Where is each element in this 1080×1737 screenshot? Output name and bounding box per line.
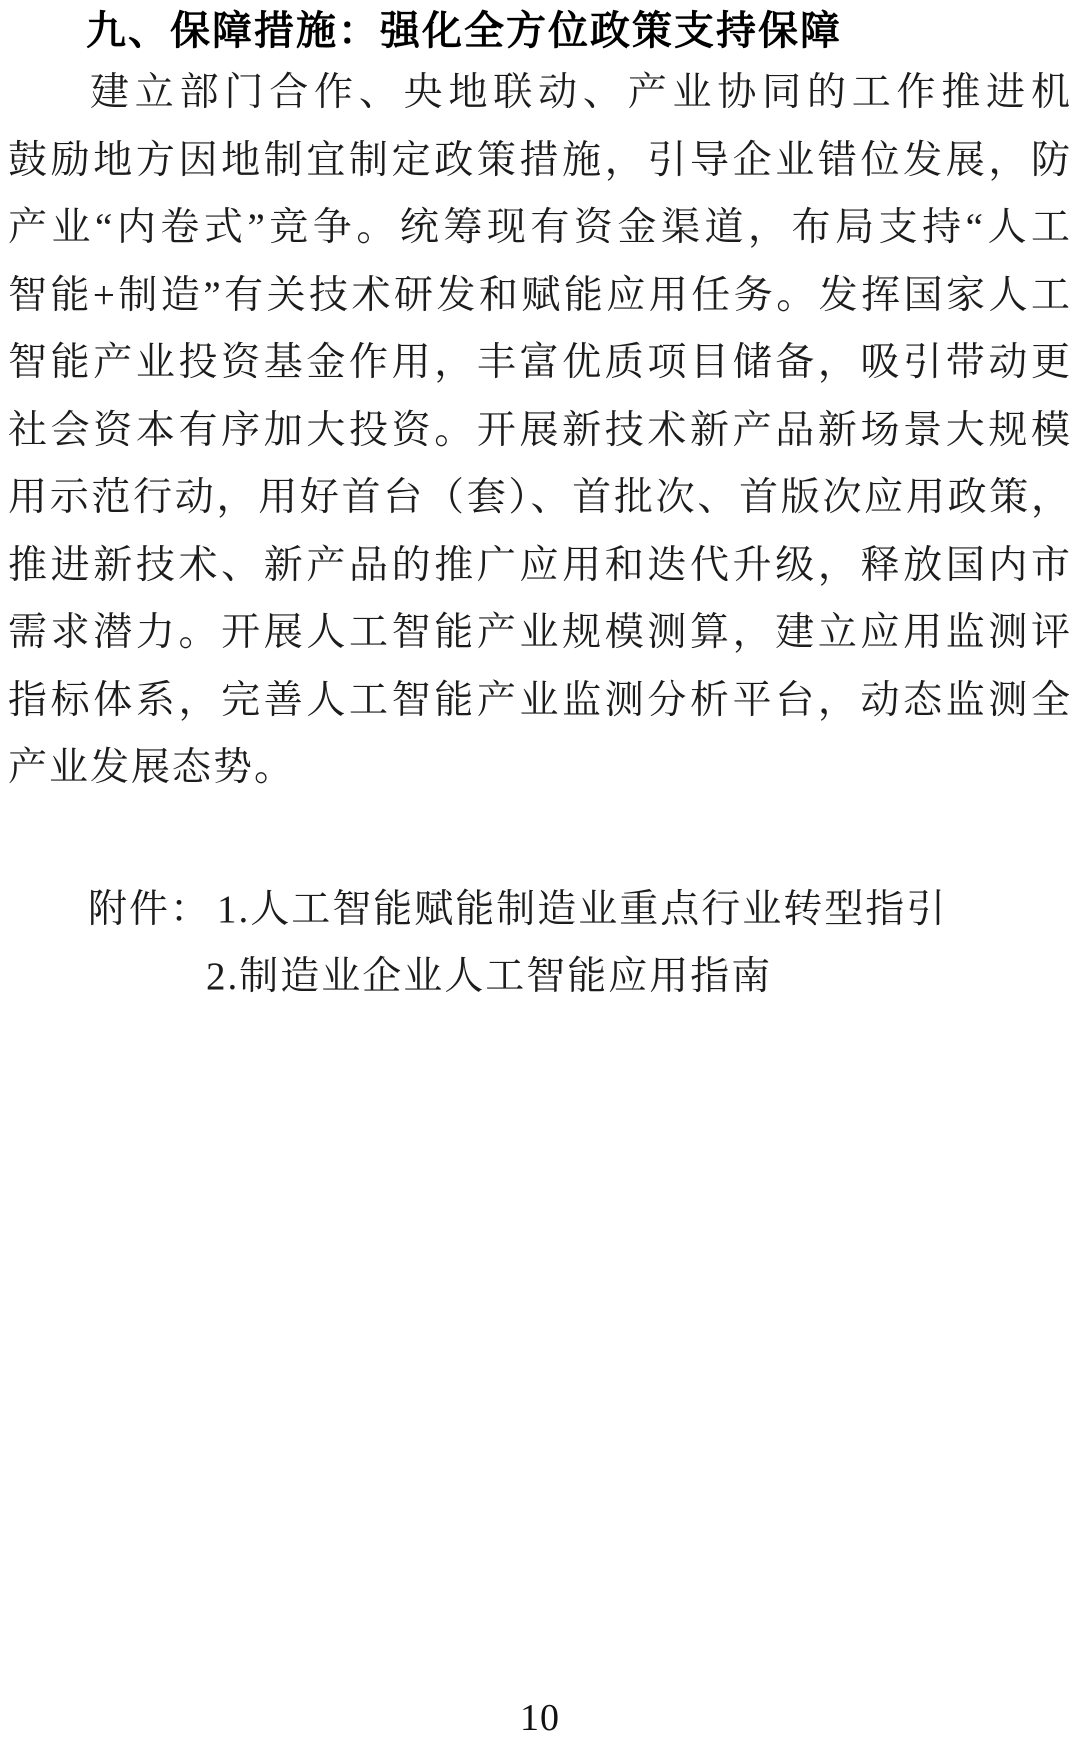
attachments-section: 附件：1.人工智能赋能制造业重点行业转型指引 2.制造业企业人工智能应用指南: [0, 876, 1080, 1011]
attachment-row: 2.制造业企业人工智能应用指南: [0, 943, 1080, 1011]
paragraph: 建立部门合作、央地联动、产业协同的工作推进机制， 鼓励地方因地制宜制定政策措施，…: [0, 59, 1080, 802]
paragraph-line: 产业“内卷式”竞争。统筹现有资金渠道，布局支持“人工: [8, 194, 1072, 262]
paragraph-line: 社会资本有序加大投资。开展新技术新产品新场景大规模应: [8, 397, 1072, 465]
paragraph-line: 用示范行动，用好首台（套）、首批次、首版次应用政策，: [8, 464, 1072, 532]
paragraph-line: 推进新技术、新产品的推广应用和迭代升级，释放国内市场: [8, 532, 1072, 600]
paragraph-line: 鼓励地方因地制宜制定政策措施，引导企业错位发展，防范: [8, 127, 1072, 195]
paragraph-line: 智能+制造”有关技术研发和赋能应用任务。发挥国家人工: [8, 262, 1072, 330]
attachment-row: 附件：1.人工智能赋能制造业重点行业转型指引: [0, 876, 1080, 944]
paragraph-line: 产业发展态势。: [8, 734, 1072, 802]
paragraph-line: 需求潜力。开展人工智能产业规模测算，建立应用监测评价: [8, 599, 1072, 667]
attachment-item: 1.人工智能赋能制造业重点行业转型指引: [217, 888, 947, 931]
document-page: 九、保障措施：强化全方位政策支持保障 建立部门合作、央地联动、产业协同的工作推进…: [0, 0, 1080, 1737]
attachment-item: 2.制造业企业人工智能应用指南: [206, 955, 772, 998]
paragraph-line: 智能产业投资基金作用，丰富优质项目储备，吸引带动更多: [8, 329, 1072, 397]
paragraph-line: 建立部门合作、央地联动、产业协同的工作推进机制，: [8, 59, 1072, 127]
paragraph-line: 指标体系，完善人工智能产业监测分析平台，动态监测全球: [8, 667, 1072, 735]
section-heading: 九、保障措施：强化全方位政策支持保障: [0, 0, 1080, 54]
page-number: 10: [0, 1699, 1080, 1737]
attachments-label: 附件：: [88, 888, 211, 931]
